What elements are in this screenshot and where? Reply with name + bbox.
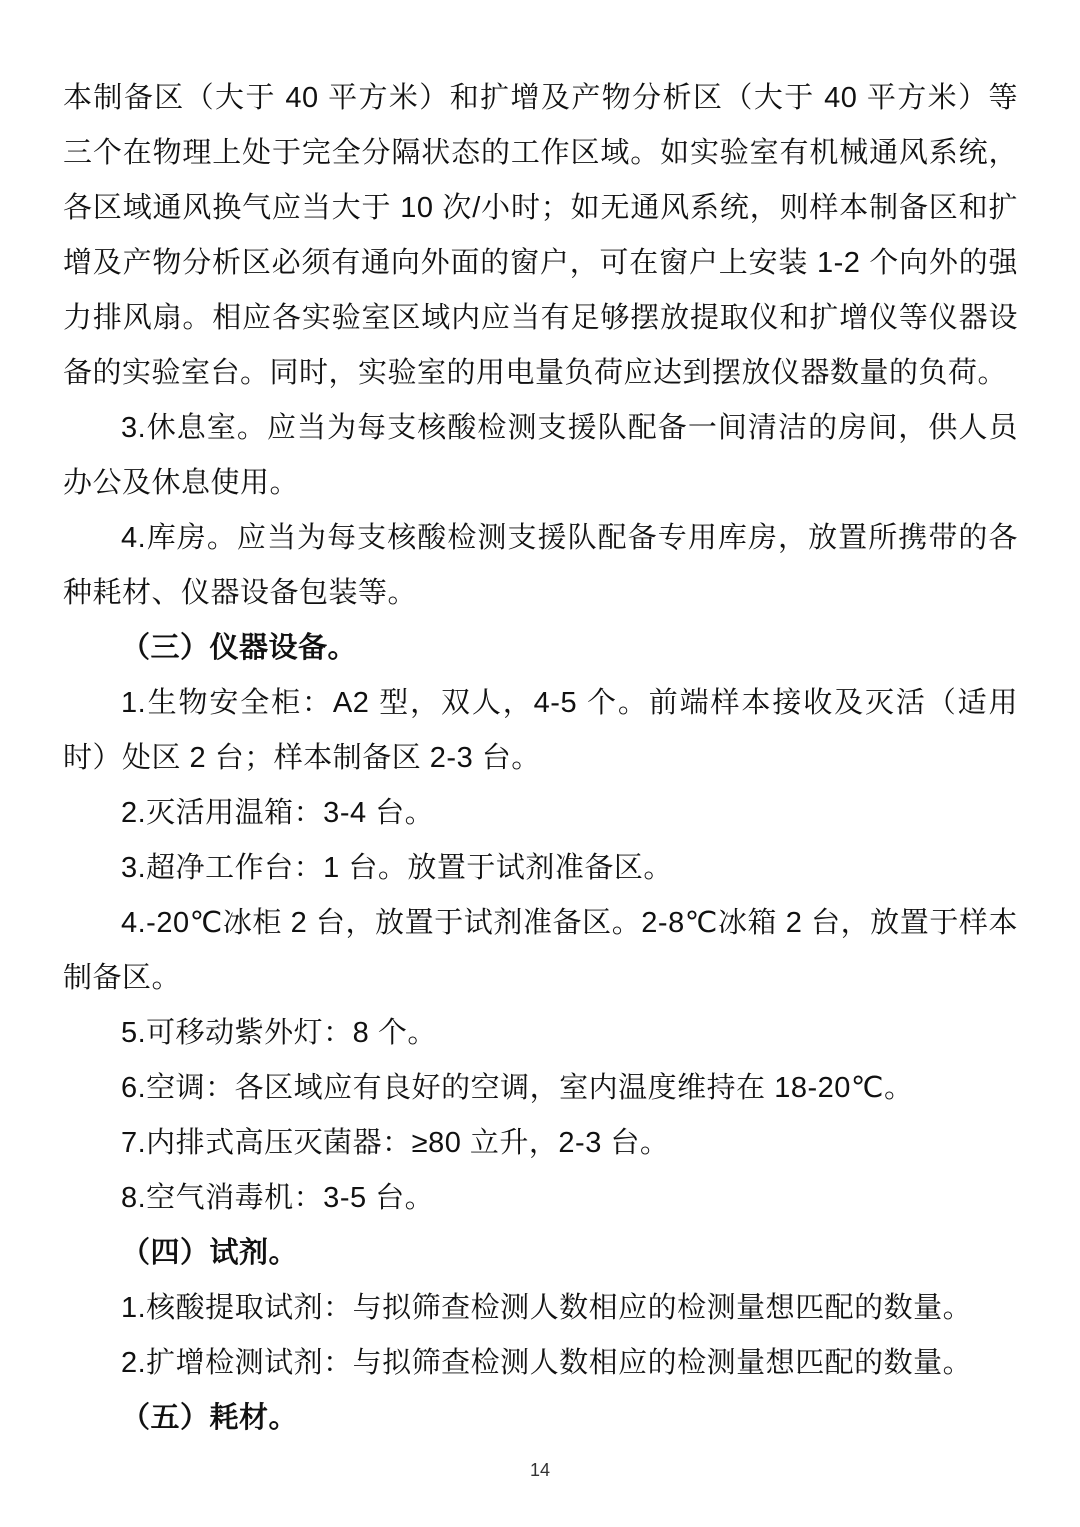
item-3-rest-room: 3.休息室。应当为每支核酸检测支援队配备一间清洁的房间，供人员办公及休息使用。: [63, 401, 1018, 511]
heading-section-5-consumables: （五）耗材。: [63, 1391, 1018, 1446]
item-8-air-sterilizer: 8.空气消毒机：3-5 台。: [63, 1171, 1018, 1226]
item-1-biosafety-cabinet: 1.生物安全柜：A2 型，双人，4-5 个。前端样本接收及灭活（适用时）处区 2…: [63, 676, 1018, 786]
page-footer: 14: [0, 1458, 1080, 1482]
item-1-extraction-reagent: 1.核酸提取试剂：与拟筛查检测人数相应的检测量想匹配的数量。: [63, 1281, 1018, 1336]
item-4-storage-room: 4.库房。应当为每支核酸检测支援队配备专用库房，放置所携带的各种耗材、仪器设备包…: [63, 511, 1018, 621]
item-5-movable-uv-lamp: 5.可移动紫外灯：8 个。: [63, 1006, 1018, 1061]
page-number: 14: [530, 1460, 550, 1480]
heading-section-3-instruments: （三）仪器设备。: [63, 621, 1018, 676]
item-7-autoclave: 7.内排式高压灭菌器：≥80 立升，2-3 台。: [63, 1116, 1018, 1171]
document-body: 本制备区（大于 40 平方米）和扩增及产物分析区（大于 40 平方米）等三个在物…: [63, 71, 1018, 1446]
document-page: 本制备区（大于 40 平方米）和扩增及产物分析区（大于 40 平方米）等三个在物…: [0, 0, 1080, 1527]
paragraph-lab-areas-continuation: 本制备区（大于 40 平方米）和扩增及产物分析区（大于 40 平方米）等三个在物…: [63, 71, 1018, 401]
item-6-air-conditioner: 6.空调：各区域应有良好的空调，室内温度维持在 18-20℃。: [63, 1061, 1018, 1116]
heading-section-4-reagents: （四）试剂。: [63, 1226, 1018, 1281]
item-4-freezer-fridge: 4.-20℃冰柜 2 台，放置于试剂准备区。2-8℃冰箱 2 台，放置于样本制备…: [63, 896, 1018, 1006]
item-2-inactivation-incubator: 2.灭活用温箱：3-4 台。: [63, 786, 1018, 841]
item-3-clean-bench: 3.超净工作台：1 台。放置于试剂准备区。: [63, 841, 1018, 896]
item-2-amplification-reagent: 2.扩增检测试剂：与拟筛查检测人数相应的检测量想匹配的数量。: [63, 1336, 1018, 1391]
